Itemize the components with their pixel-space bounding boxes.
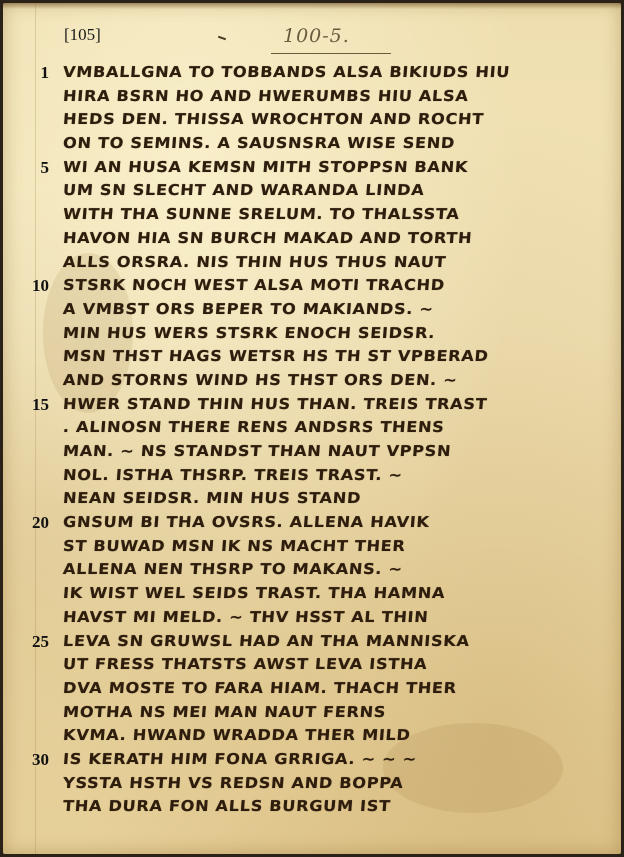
line-number: 15: [25, 393, 49, 417]
manuscript-line: 15HWER STAND THIN HUS THAN. TREIS TRAST: [3, 393, 621, 417]
line-text: HWER STAND THIN HUS THAN. TREIS TRAST: [62, 393, 488, 417]
manuscript-line: A VMBST ORS BEPER TO MAKIANDS. ~: [3, 298, 621, 322]
manuscript-line: HIRA BSRN HO AND HWERUMBS HIU ALSA: [3, 85, 621, 109]
manuscript-line: MIN HUS WERS STSRK ENOCH SEIDSR.: [3, 322, 621, 346]
line-text: NEAN SEIDSR. MIN HUS STAND: [62, 487, 362, 511]
line-text: STSRK NOCH WEST ALSA MOTI TRACHD: [62, 274, 446, 298]
line-text: GNSUM BI THA OVSRS. ALLENA HAVIK: [62, 511, 430, 535]
page-reference: [105]: [64, 25, 101, 45]
line-text: YSSTA HSTH VS REDSN AND BOPPA: [62, 772, 404, 796]
manuscript-text-block: 1VMBALLGNA TO TOBBANDS ALSA BIKIUDS HIU …: [3, 61, 621, 819]
line-text: UT FRESS THATSTS AWST LEVA ISTHA: [62, 653, 428, 677]
line-text: WITH THA SUNNE SRELUM. TO THALSSTA: [62, 203, 460, 227]
line-text: MSN THST HAGS WETSR HS TH ST VPBERAD: [62, 345, 489, 369]
line-text: KVMA. HWAND WRADDA THER MILD: [62, 724, 411, 748]
line-number: 10: [25, 274, 49, 298]
line-number: 5: [25, 156, 49, 180]
line-text: MAN. ~ NS STANDST THAN NAUT VPPSN: [62, 440, 452, 464]
line-text: MOTHA NS MEI MAN NAUT FERNS: [62, 701, 387, 725]
manuscript-line: ST BUWAD MSN IK NS MACHT THER: [3, 535, 621, 559]
manuscript-line: THA DURA FON ALLS BURGUM IST: [3, 795, 621, 819]
pencil-annotation: 100-5.: [283, 25, 350, 47]
line-number: 30: [25, 748, 49, 772]
manuscript-line: MOTHA NS MEI MAN NAUT FERNS: [3, 701, 621, 725]
manuscript-line: 30IS KERATH HIM FONA GRRIGA. ~ ~ ~: [3, 748, 621, 772]
line-text: ALLENA NEN THSRP TO MAKANS. ~: [62, 558, 403, 582]
line-text: MIN HUS WERS STSRK ENOCH SEIDSR.: [62, 322, 436, 346]
manuscript-line: HEDS DEN. THISSA WROCHTON AND ROCHT: [3, 108, 621, 132]
line-number: 25: [25, 630, 49, 654]
line-text: HAVST MI MELD. ~ THV HSST AL THIN: [62, 606, 429, 630]
manuscript-line: . ALINOSN THERE RENS ANDSRS THENS: [3, 416, 621, 440]
manuscript-line: 25LEVA SN GRUWSL HAD AN THA MANNISKA: [3, 630, 621, 654]
line-text: IK WIST WEL SEIDS TRAST. THA HAMNA: [62, 582, 446, 606]
manuscript-line: ON TO SEMINS. A SAUSNSRA WISE SEND: [3, 132, 621, 156]
line-number: 20: [25, 511, 49, 535]
manuscript-line: HAVST MI MELD. ~ THV HSST AL THIN: [3, 606, 621, 630]
manuscript-line: 10STSRK NOCH WEST ALSA MOTI TRACHD: [3, 274, 621, 298]
manuscript-line: UT FRESS THATSTS AWST LEVA ISTHA: [3, 653, 621, 677]
manuscript-line: AND STORNS WIND HS THST ORS DEN. ~: [3, 369, 621, 393]
pencil-underline: [271, 53, 391, 54]
manuscript-line: ALLS ORSRA. NIS THIN HUS THUS NAUT: [3, 251, 621, 275]
manuscript-line: KVMA. HWAND WRADDA THER MILD: [3, 724, 621, 748]
manuscript-line: 5WI AN HUSA KEMSN MITH STOPPSN BANK: [3, 156, 621, 180]
line-text: NOL. ISTHA THSRP. TREIS TRAST. ~: [62, 464, 404, 488]
line-text: IS KERATH HIM FONA GRRIGA. ~ ~ ~: [62, 748, 418, 772]
manuscript-line: ALLENA NEN THSRP TO MAKANS. ~: [3, 558, 621, 582]
manuscript-page: [105] 100-5. 1VMBALLGNA TO TOBBANDS ALSA…: [3, 3, 621, 854]
manuscript-line: MAN. ~ NS STANDST THAN NAUT VPPSN: [3, 440, 621, 464]
manuscript-line: WITH THA SUNNE SRELUM. TO THALSSTA: [3, 203, 621, 227]
line-text: ST BUWAD MSN IK NS MACHT THER: [62, 535, 406, 559]
manuscript-line: IK WIST WEL SEIDS TRAST. THA HAMNA: [3, 582, 621, 606]
line-text: VMBALLGNA TO TOBBANDS ALSA BIKIUDS HIU: [62, 61, 511, 85]
manuscript-line: DVA MOSTE TO FARA HIAM. THACH THER: [3, 677, 621, 701]
page-top-edge: [3, 3, 621, 9]
line-text: THA DURA FON ALLS BURGUM IST: [62, 795, 391, 819]
line-text: HEDS DEN. THISSA WROCHTON AND ROCHT: [62, 108, 485, 132]
line-text: . ALINOSN THERE RENS ANDSRS THENS: [62, 416, 445, 440]
line-text: ON TO SEMINS. A SAUSNSRA WISE SEND: [62, 132, 456, 156]
line-text: A VMBST ORS BEPER TO MAKIANDS. ~: [62, 298, 434, 322]
manuscript-line: UM SN SLECHT AND WARANDA LINDA: [3, 179, 621, 203]
manuscript-line: MSN THST HAGS WETSR HS TH ST VPBERAD: [3, 345, 621, 369]
line-text: UM SN SLECHT AND WARANDA LINDA: [62, 179, 425, 203]
line-text: LEVA SN GRUWSL HAD AN THA MANNISKA: [62, 630, 470, 654]
manuscript-line: NOL. ISTHA THSRP. TREIS TRAST. ~: [3, 464, 621, 488]
manuscript-line: 1VMBALLGNA TO TOBBANDS ALSA BIKIUDS HIU: [3, 61, 621, 85]
line-number: 1: [25, 61, 49, 85]
line-text: WI AN HUSA KEMSN MITH STOPPSN BANK: [62, 156, 469, 180]
line-text: HAVON HIA SN BURCH MAKAD AND TORTH: [62, 227, 473, 251]
manuscript-line: NEAN SEIDSR. MIN HUS STAND: [3, 487, 621, 511]
line-text: DVA MOSTE TO FARA HIAM. THACH THER: [62, 677, 457, 701]
line-text: AND STORNS WIND HS THST ORS DEN. ~: [62, 369, 458, 393]
manuscript-line: YSSTA HSTH VS REDSN AND BOPPA: [3, 772, 621, 796]
ink-dash-mark: [218, 36, 226, 41]
manuscript-line: 20GNSUM BI THA OVSRS. ALLENA HAVIK: [3, 511, 621, 535]
manuscript-line: HAVON HIA SN BURCH MAKAD AND TORTH: [3, 227, 621, 251]
line-text: ALLS ORSRA. NIS THIN HUS THUS NAUT: [62, 251, 447, 275]
line-text: HIRA BSRN HO AND HWERUMBS HIU ALSA: [62, 85, 469, 109]
